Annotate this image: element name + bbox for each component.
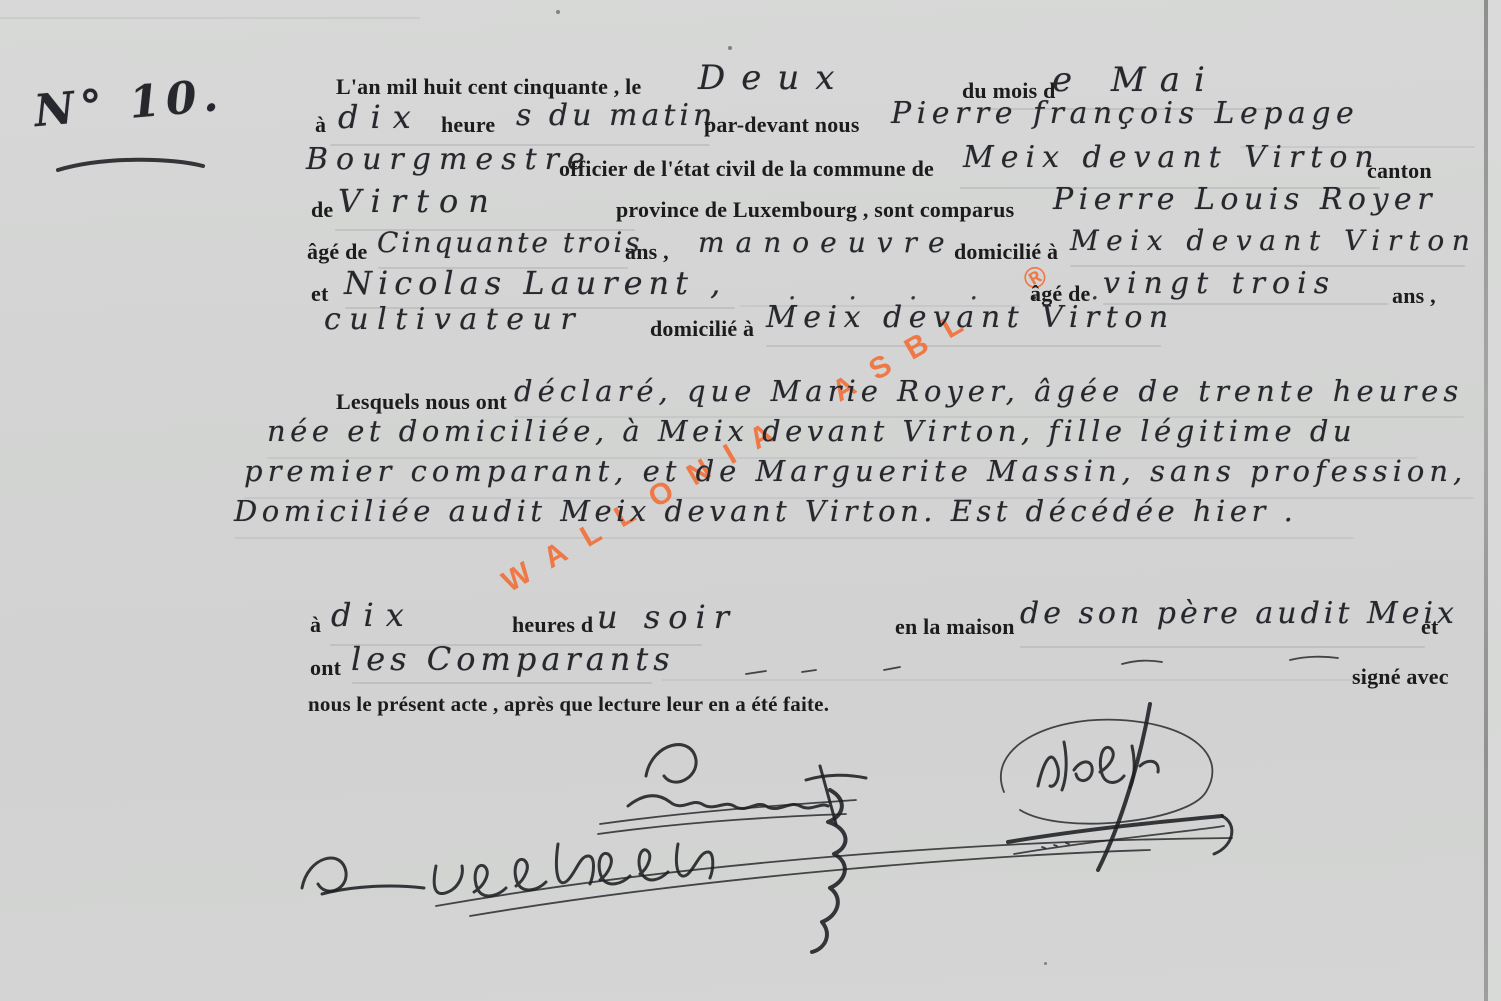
printed-text: canton <box>1367 158 1432 184</box>
act-number: N° 10. <box>32 70 226 137</box>
handwritten-profession-1: manoeuvre <box>698 226 956 259</box>
printed-text: signé avec <box>1352 664 1449 690</box>
printed-text: domicilié à <box>650 316 754 342</box>
margin-flourish <box>58 160 203 170</box>
handwritten-month: e Mai <box>1052 60 1219 100</box>
printed-text: à <box>315 112 326 138</box>
printed-text: heure <box>441 112 495 138</box>
printed-text: ont <box>310 655 341 681</box>
handwritten-profession-2: cultivateur <box>324 302 583 337</box>
printed-text: heures d <box>512 612 593 638</box>
printed-text: province de Luxembourg , sont comparus <box>616 197 1014 223</box>
filler-dashes <box>746 657 1338 674</box>
rule-line <box>1020 646 1425 648</box>
handwritten-signers: les Comparants <box>351 640 675 678</box>
speck <box>556 10 560 14</box>
rule-line <box>352 682 652 684</box>
handwritten-hour: dix <box>338 98 423 136</box>
handwritten-declarant-1: Pierre Louis Royer <box>1053 182 1437 217</box>
printed-text: domicilié à <box>954 239 1058 265</box>
printed-text: à <box>310 612 321 638</box>
signature-laurent <box>598 745 866 952</box>
handwritten-day: Deux <box>698 58 850 98</box>
printed-text: Lesquels nous ont <box>336 389 507 415</box>
handwritten-domicile-1: Meix devant Virton <box>1070 224 1477 257</box>
death-record-scan: WALLONIA ASBL ® N° 10. L'an mil huit cen… <box>0 0 1501 1001</box>
handwritten-death-place: de son père audit Meix <box>1020 596 1458 631</box>
handwritten-canton: Virton <box>338 182 499 220</box>
handwritten-declaration-3: premier comparant, et de Marguerite Mass… <box>244 454 1467 488</box>
handwritten-commune: Meix devant Virton <box>963 140 1381 175</box>
handwritten-age-2: vingt trois <box>1103 266 1336 301</box>
rule-line <box>662 679 1362 681</box>
speck <box>728 46 732 50</box>
signature-lepage <box>1001 704 1232 870</box>
rule-line <box>766 345 1161 347</box>
handwritten-declaration-2: née et domiciliée, à Meix devant Virton,… <box>267 414 1356 448</box>
handwritten-declarant-2: Nicolas Laurent , <box>344 264 726 302</box>
handwritten-title: Bourgmestre <box>306 142 593 177</box>
handwritten-death-hour: dix <box>331 596 416 634</box>
rule-line <box>234 537 1354 539</box>
printed-text: ans , <box>625 239 669 265</box>
printed-text: nous le présent acte , après que lecture… <box>308 692 829 717</box>
printed-text: officier de l'état civil de la commune d… <box>559 156 934 182</box>
handwritten-text: u soir <box>597 598 737 636</box>
printed-text: par-devant nous <box>704 112 860 138</box>
printed-text: ans , <box>1392 283 1436 309</box>
handwritten-age-1: Cinquante trois <box>377 226 643 259</box>
signature-royer <box>302 838 1232 916</box>
page-edge-strip <box>1488 0 1501 1001</box>
handwritten-declaration-4: Domiciliée audit Meix devant Virton. Est… <box>234 494 1297 528</box>
rule-line <box>0 17 420 19</box>
printed-text: en la maison <box>895 614 1015 640</box>
handwritten-domicile-2: Meix devant Virton <box>766 300 1175 335</box>
printed-text: L'an mil huit cent cinquante , le <box>336 74 641 100</box>
handwritten-declaration-1: déclaré, que Marie Royer, âgée de trente… <box>514 374 1463 408</box>
printed-text: de <box>311 197 333 223</box>
handwritten-officer-name: Pierre françois Lepage <box>891 96 1359 131</box>
printed-text: et <box>1421 614 1439 640</box>
handwritten-text: s du matin <box>516 98 716 133</box>
printed-text: âgé de <box>307 239 367 265</box>
speck <box>1044 962 1047 965</box>
